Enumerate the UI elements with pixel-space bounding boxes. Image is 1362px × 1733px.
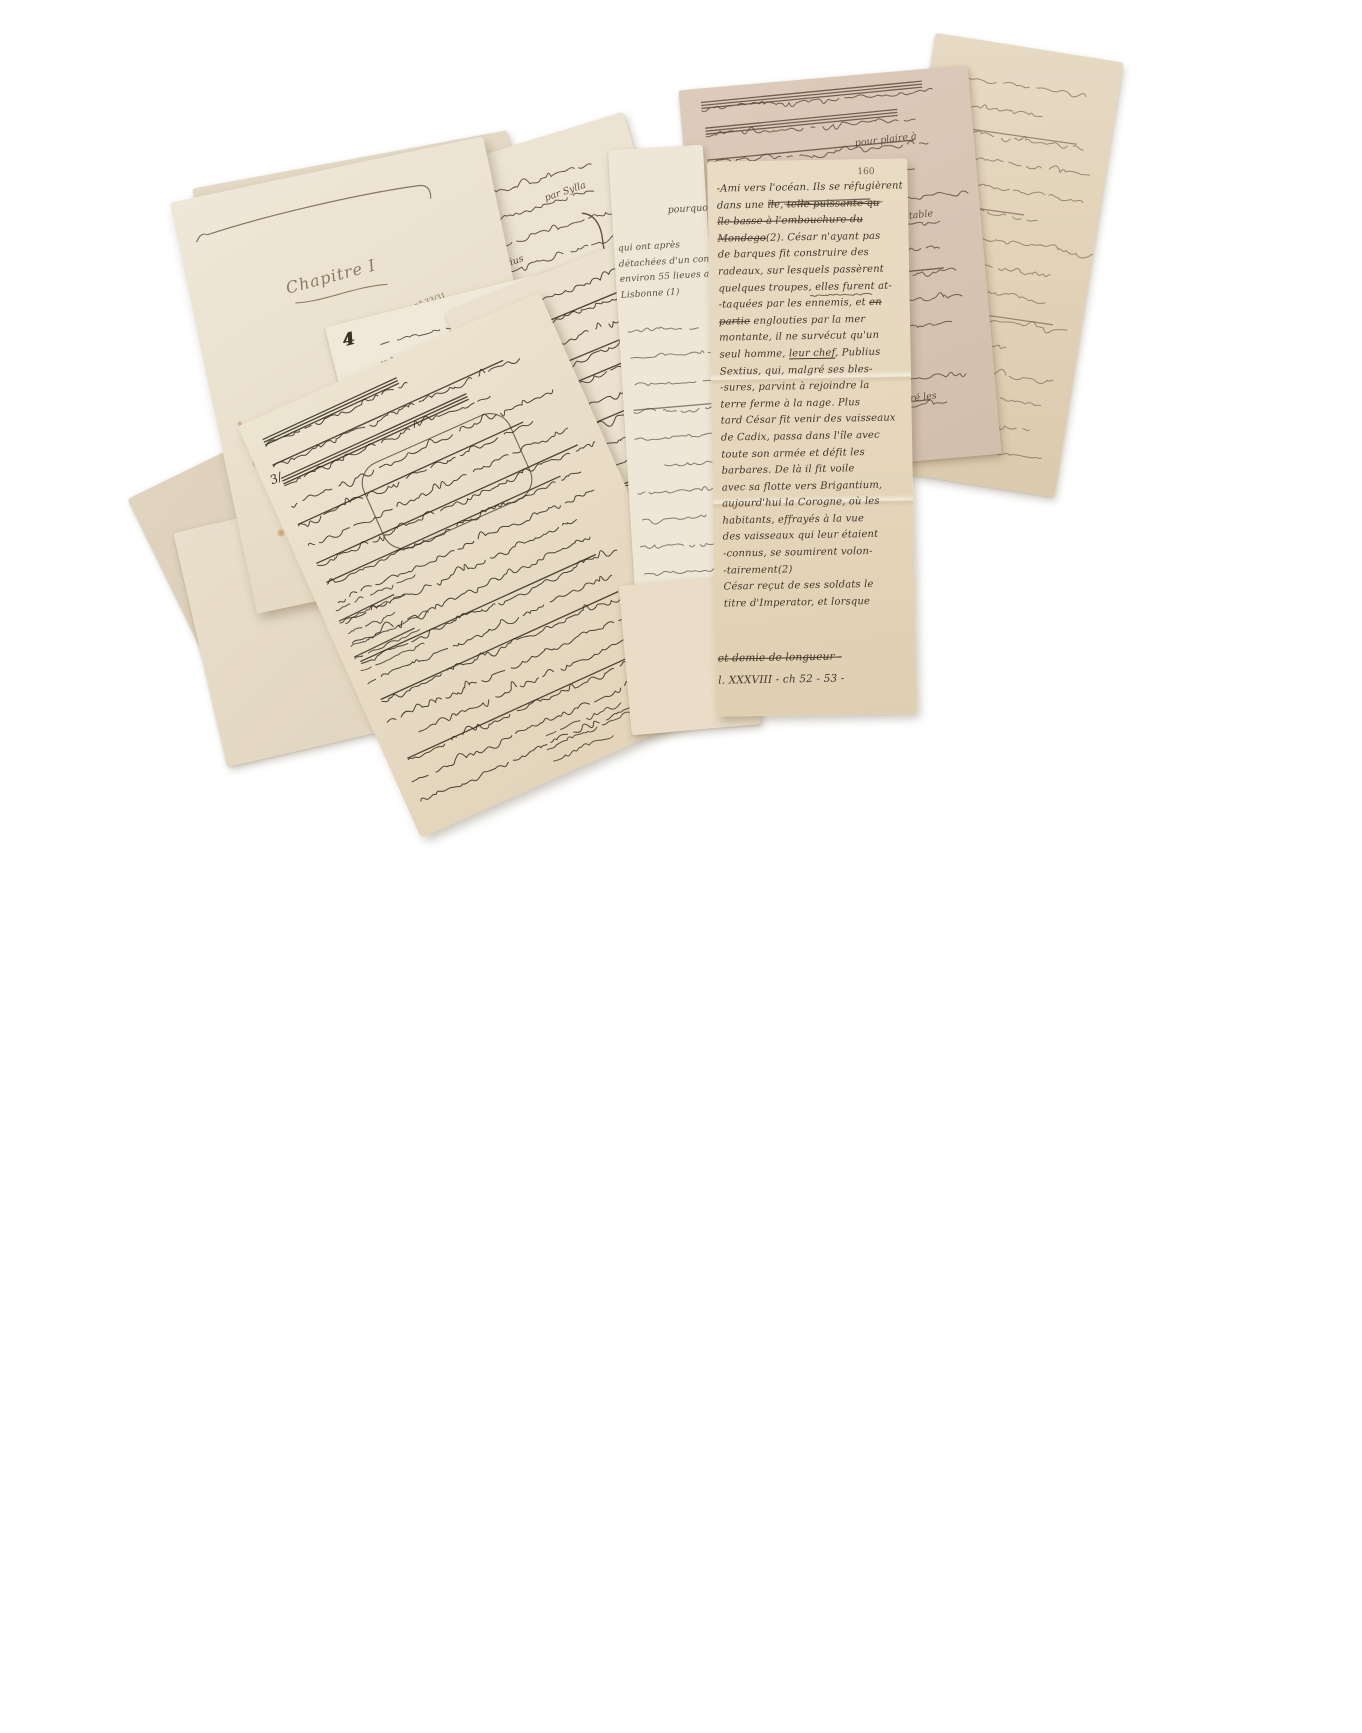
manuscript-page-cesar: 160 -Ami vers l'océan. Ils se réfugièren… (707, 158, 917, 716)
text-line: titre d'Imperator, et lorsque (724, 593, 910, 613)
text-line: dans une île, telle puissante qu (717, 195, 903, 215)
text-line: -taquées par les ennemis, et en (719, 295, 905, 315)
slip-page-number: 4 (340, 329, 356, 351)
photograph-of-manuscripts: pour plaire àla multitudebienvéritablema… (0, 0, 1362, 1733)
page-footer-reference: et demie de longueur -l. XXXVIII - ch 52… (718, 644, 909, 691)
text-line: seul homme, leur chef, Publius (719, 344, 905, 364)
legible-word-fragment: pour plaire à (854, 131, 917, 149)
legible-fragments (679, 65, 968, 90)
folio-number: 160 (857, 167, 874, 177)
text-line: l. XXXVIII - ch 52 - 53 - (718, 666, 908, 691)
legible-word-fragment: par Sylla (543, 180, 587, 204)
strip-heading: pourquoi (667, 202, 711, 216)
text-line: de Cadix, passa dans l'île avec (721, 427, 907, 447)
revision-loop-outline (351, 402, 545, 562)
draft-page-number: 3/ (268, 470, 284, 488)
page-text: -Ami vers l'océan. Ils se réfugièrentdan… (717, 178, 911, 613)
